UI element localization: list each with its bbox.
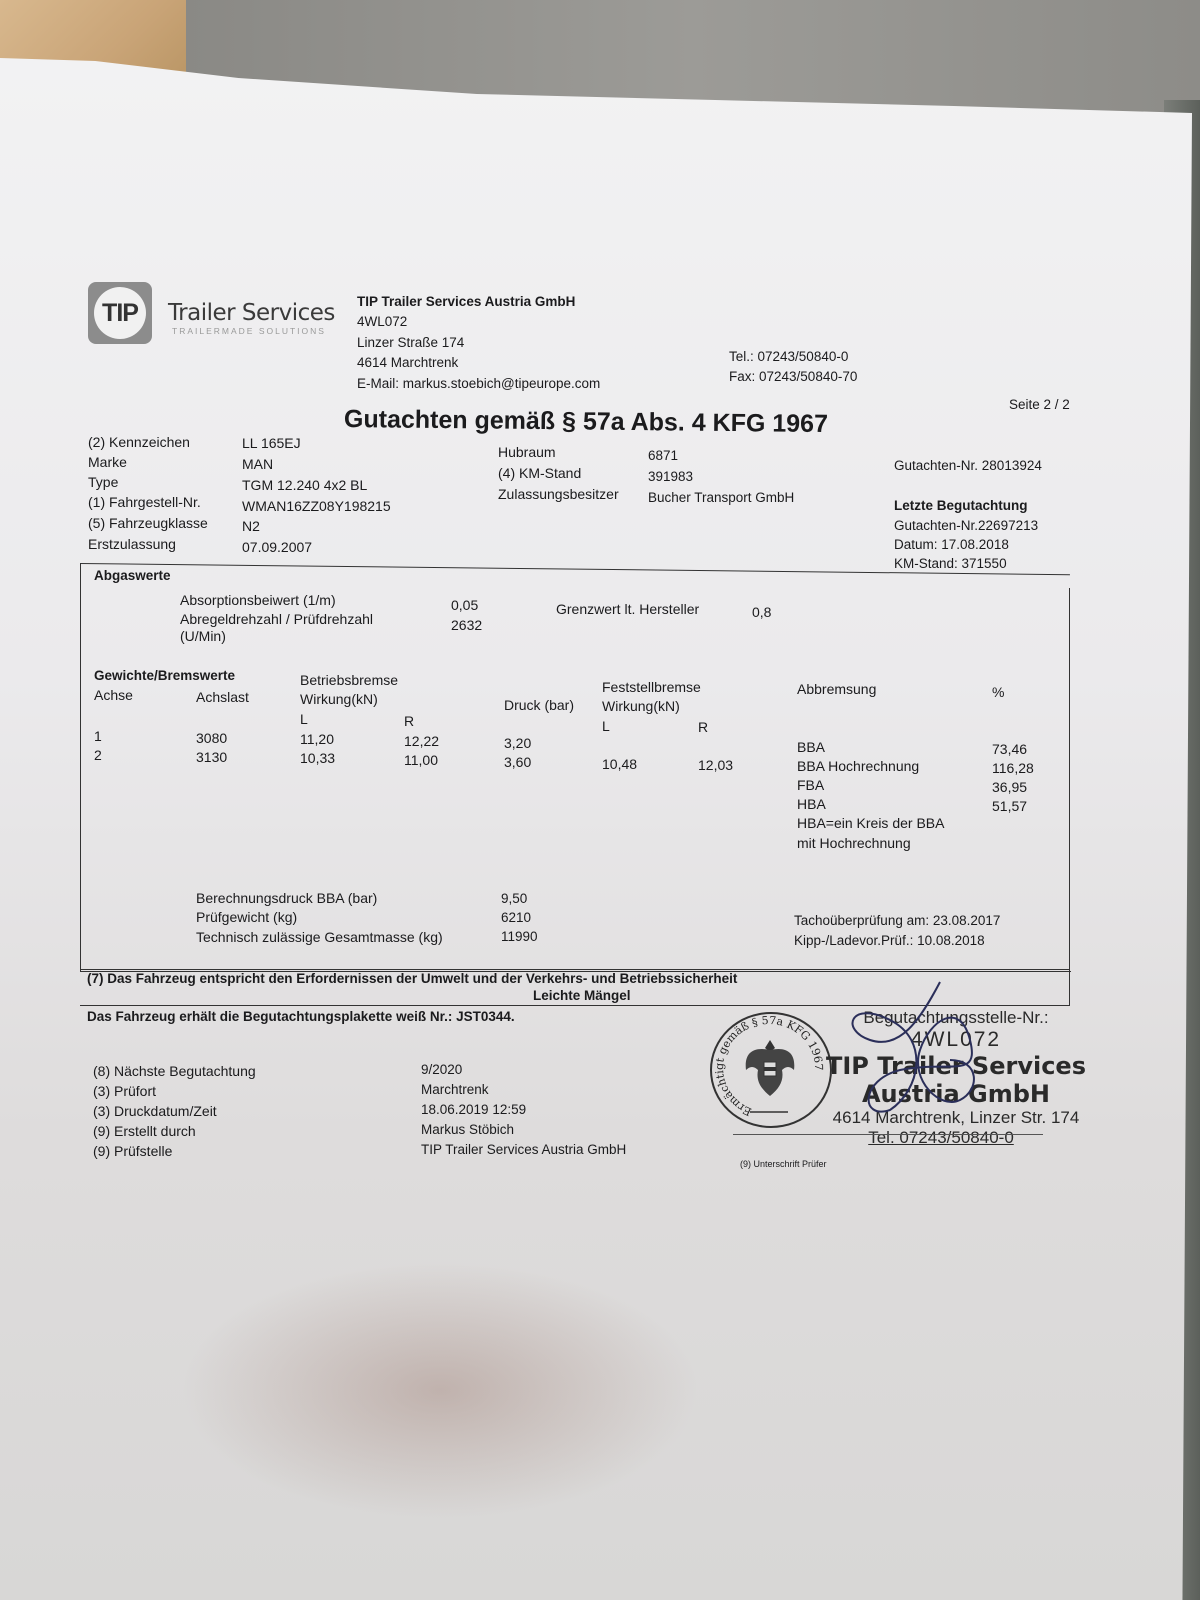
footer-value: 18.06.2019 12:59 bbox=[421, 1102, 526, 1117]
signature bbox=[830, 980, 1000, 1120]
decel-value: 73,46 bbox=[992, 741, 1027, 757]
absorption-label: Absorptionsbeiwert (1/m) bbox=[180, 592, 336, 608]
verdict-text: (7) Das Fahrzeug entspricht den Erforder… bbox=[87, 971, 737, 986]
field-value: Bucher Transport GmbH bbox=[648, 490, 794, 505]
field-value: 07.09.2007 bbox=[242, 539, 312, 555]
logo-name: Trailer Services bbox=[168, 300, 335, 326]
cell-axle: 2 bbox=[94, 747, 102, 763]
col-load: Achslast bbox=[196, 689, 249, 705]
field-value: N2 bbox=[242, 518, 260, 534]
col-service-effect: Wirkung(kN) bbox=[300, 691, 378, 707]
field-label: Marke bbox=[88, 454, 127, 470]
sticker-info: Das Fahrzeug erhält die Begutachtungspla… bbox=[87, 1009, 515, 1024]
last-date: Datum: 17.08.2018 bbox=[894, 537, 1009, 552]
decel-value: 51,57 bbox=[992, 798, 1027, 814]
col-service-left: L bbox=[300, 711, 308, 727]
cell-axle: 1 bbox=[94, 728, 102, 744]
cell-service-left: 10,33 bbox=[300, 750, 335, 766]
eagle-crest-icon bbox=[742, 1036, 798, 1102]
calc-value: 11990 bbox=[501, 929, 538, 944]
rpm-label: Abregeldrehzahl / Prüfdrehzahl bbox=[180, 611, 373, 627]
company-city: 4614 Marchtrenk bbox=[357, 355, 458, 370]
col-parking-brake: Feststellbremse bbox=[602, 679, 701, 695]
calc-label: Prüfgewicht (kg) bbox=[196, 909, 297, 925]
tip-logo: TIP Trailer Services TRAILERMADE SOLUTIO… bbox=[88, 282, 338, 344]
decel-heading: Abbremsung bbox=[797, 681, 876, 697]
cell-service-left: 11,20 bbox=[300, 731, 334, 747]
field-value: WMAN16ZZ08Y198215 bbox=[242, 498, 391, 514]
cell-parking-right: 12,03 bbox=[698, 757, 733, 773]
decel-value: 116,28 bbox=[992, 760, 1034, 776]
brakes-heading: Gewichte/Bremswerte bbox=[94, 668, 235, 683]
tacho-check: Tachoüberprüfung am: 23.08.2017 bbox=[794, 913, 1000, 928]
field-value: 6871 bbox=[648, 448, 678, 463]
cell-pressure: 3,60 bbox=[504, 754, 531, 770]
col-service-right: R bbox=[404, 713, 414, 729]
limit-value: 0,8 bbox=[752, 604, 771, 620]
rpm-value: 2632 bbox=[451, 617, 482, 633]
rpm-unit: (U/Min) bbox=[180, 628, 226, 644]
footer-value: TIP Trailer Services Austria GmbH bbox=[421, 1142, 626, 1157]
field-value: TGM 12.240 4x2 BL bbox=[242, 477, 367, 493]
decel-label: FBA bbox=[797, 777, 824, 793]
logo-tagline: TRAILERMADE SOLUTIONS bbox=[172, 326, 326, 336]
footer-value: Markus Stöbich bbox=[421, 1122, 514, 1137]
verdict-box-border bbox=[1069, 969, 1070, 1005]
logo-badge: TIP bbox=[88, 282, 152, 344]
cell-service-right: 12,22 bbox=[404, 733, 439, 749]
decel-value: 36,95 bbox=[992, 779, 1027, 795]
calc-value: 6210 bbox=[501, 910, 531, 925]
tipper-check: Kipp-/Ladevor.Prüf.: 10.08.2018 bbox=[794, 933, 985, 948]
field-label: (2) Kennzeichen bbox=[88, 434, 190, 450]
cell-pressure: 3,20 bbox=[504, 735, 531, 751]
field-label: Zulassungsbesitzer bbox=[498, 486, 619, 502]
signature-line bbox=[733, 1134, 1043, 1135]
results-box-right-border bbox=[1069, 588, 1070, 971]
report-number: Gutachten-Nr. 28013924 bbox=[894, 458, 1042, 473]
signature-caption: (9) Unterschrift Prüfer bbox=[740, 1159, 827, 1169]
field-value: 391983 bbox=[648, 469, 693, 484]
col-axle: Achse bbox=[94, 687, 133, 703]
col-parking-effect: Wirkung(kN) bbox=[602, 698, 680, 714]
footer-label: (3) Druckdatum/Zeit bbox=[93, 1103, 217, 1119]
footer-label: (3) Prüfort bbox=[93, 1083, 156, 1099]
official-stamp: Ermächtigt gemäß § 57a KFG 1967 bbox=[710, 1012, 832, 1128]
last-report-number: Gutachten-Nr.22697213 bbox=[894, 518, 1038, 533]
col-pressure: Druck (bar) bbox=[504, 697, 574, 713]
col-service-brake: Betriebsbremse bbox=[300, 672, 398, 688]
decel-label: HBA bbox=[797, 796, 826, 812]
last-inspection-heading: Letzte Begutachtung bbox=[894, 498, 1028, 513]
exhaust-heading: Abgaswerte bbox=[94, 568, 171, 583]
footer-value: Marchtrenk bbox=[421, 1082, 489, 1097]
field-value: LL 165EJ bbox=[242, 435, 301, 451]
company-street: Linzer Straße 174 bbox=[357, 335, 464, 350]
decel-unit: % bbox=[992, 684, 1004, 700]
absorption-value: 0,05 bbox=[451, 597, 478, 613]
company-code: 4WL072 bbox=[357, 314, 407, 329]
station-tel: Tel. 07243/50840-0 bbox=[796, 1128, 1086, 1148]
verdict-result: Leichte Mängel bbox=[533, 988, 631, 1003]
col-parking-right: R bbox=[698, 719, 708, 735]
footer-value: 9/2020 bbox=[421, 1062, 462, 1077]
decel-note: mit Hochrechnung bbox=[797, 835, 911, 851]
company-tel: Tel.: 07243/50840-0 bbox=[729, 349, 848, 364]
logo-badge-text: TIP bbox=[94, 287, 146, 339]
limit-label: Grenzwert lt. Hersteller bbox=[556, 601, 699, 617]
cell-load: 3130 bbox=[196, 749, 227, 765]
field-label: (5) Fahrzeugklasse bbox=[88, 515, 208, 531]
company-email: E-Mail: markus.stoebich@tipeurope.com bbox=[357, 376, 600, 391]
decel-label: BBA Hochrechnung bbox=[797, 758, 919, 774]
field-value: MAN bbox=[242, 456, 273, 472]
cell-load: 3080 bbox=[196, 730, 227, 746]
calc-value: 9,50 bbox=[501, 891, 527, 906]
field-label: Erstzulassung bbox=[88, 536, 176, 552]
document-title: Gutachten gemäß § 57a Abs. 4 KFG 1967 bbox=[344, 405, 828, 439]
divider bbox=[80, 969, 1070, 970]
footer-label: (8) Nächste Begutachtung bbox=[93, 1063, 256, 1079]
page-number: Seite 2 / 2 bbox=[1009, 397, 1070, 412]
footer-label: (9) Prüfstelle bbox=[93, 1143, 172, 1159]
field-label: Type bbox=[88, 474, 118, 490]
company-fax: Fax: 07243/50840-70 bbox=[729, 369, 857, 384]
field-label: (4) KM-Stand bbox=[498, 465, 581, 481]
decel-note: HBA=ein Kreis der BBA bbox=[797, 815, 944, 831]
cell-parking-left: 10,48 bbox=[602, 756, 637, 772]
cell-service-right: 11,00 bbox=[404, 752, 438, 768]
company-name: TIP Trailer Services Austria GmbH bbox=[357, 294, 575, 309]
calc-label: Technisch zulässige Gesamtmasse (kg) bbox=[196, 929, 443, 945]
col-parking-left: L bbox=[602, 718, 610, 734]
field-label: (1) Fahrgestell-Nr. bbox=[88, 494, 201, 510]
footer-label: (9) Erstellt durch bbox=[93, 1123, 196, 1139]
paper-shadow bbox=[180, 1260, 700, 1520]
field-label: Hubraum bbox=[498, 444, 556, 460]
decel-label: BBA bbox=[797, 739, 825, 755]
calc-label: Berechnungsdruck BBA (bar) bbox=[196, 890, 377, 906]
